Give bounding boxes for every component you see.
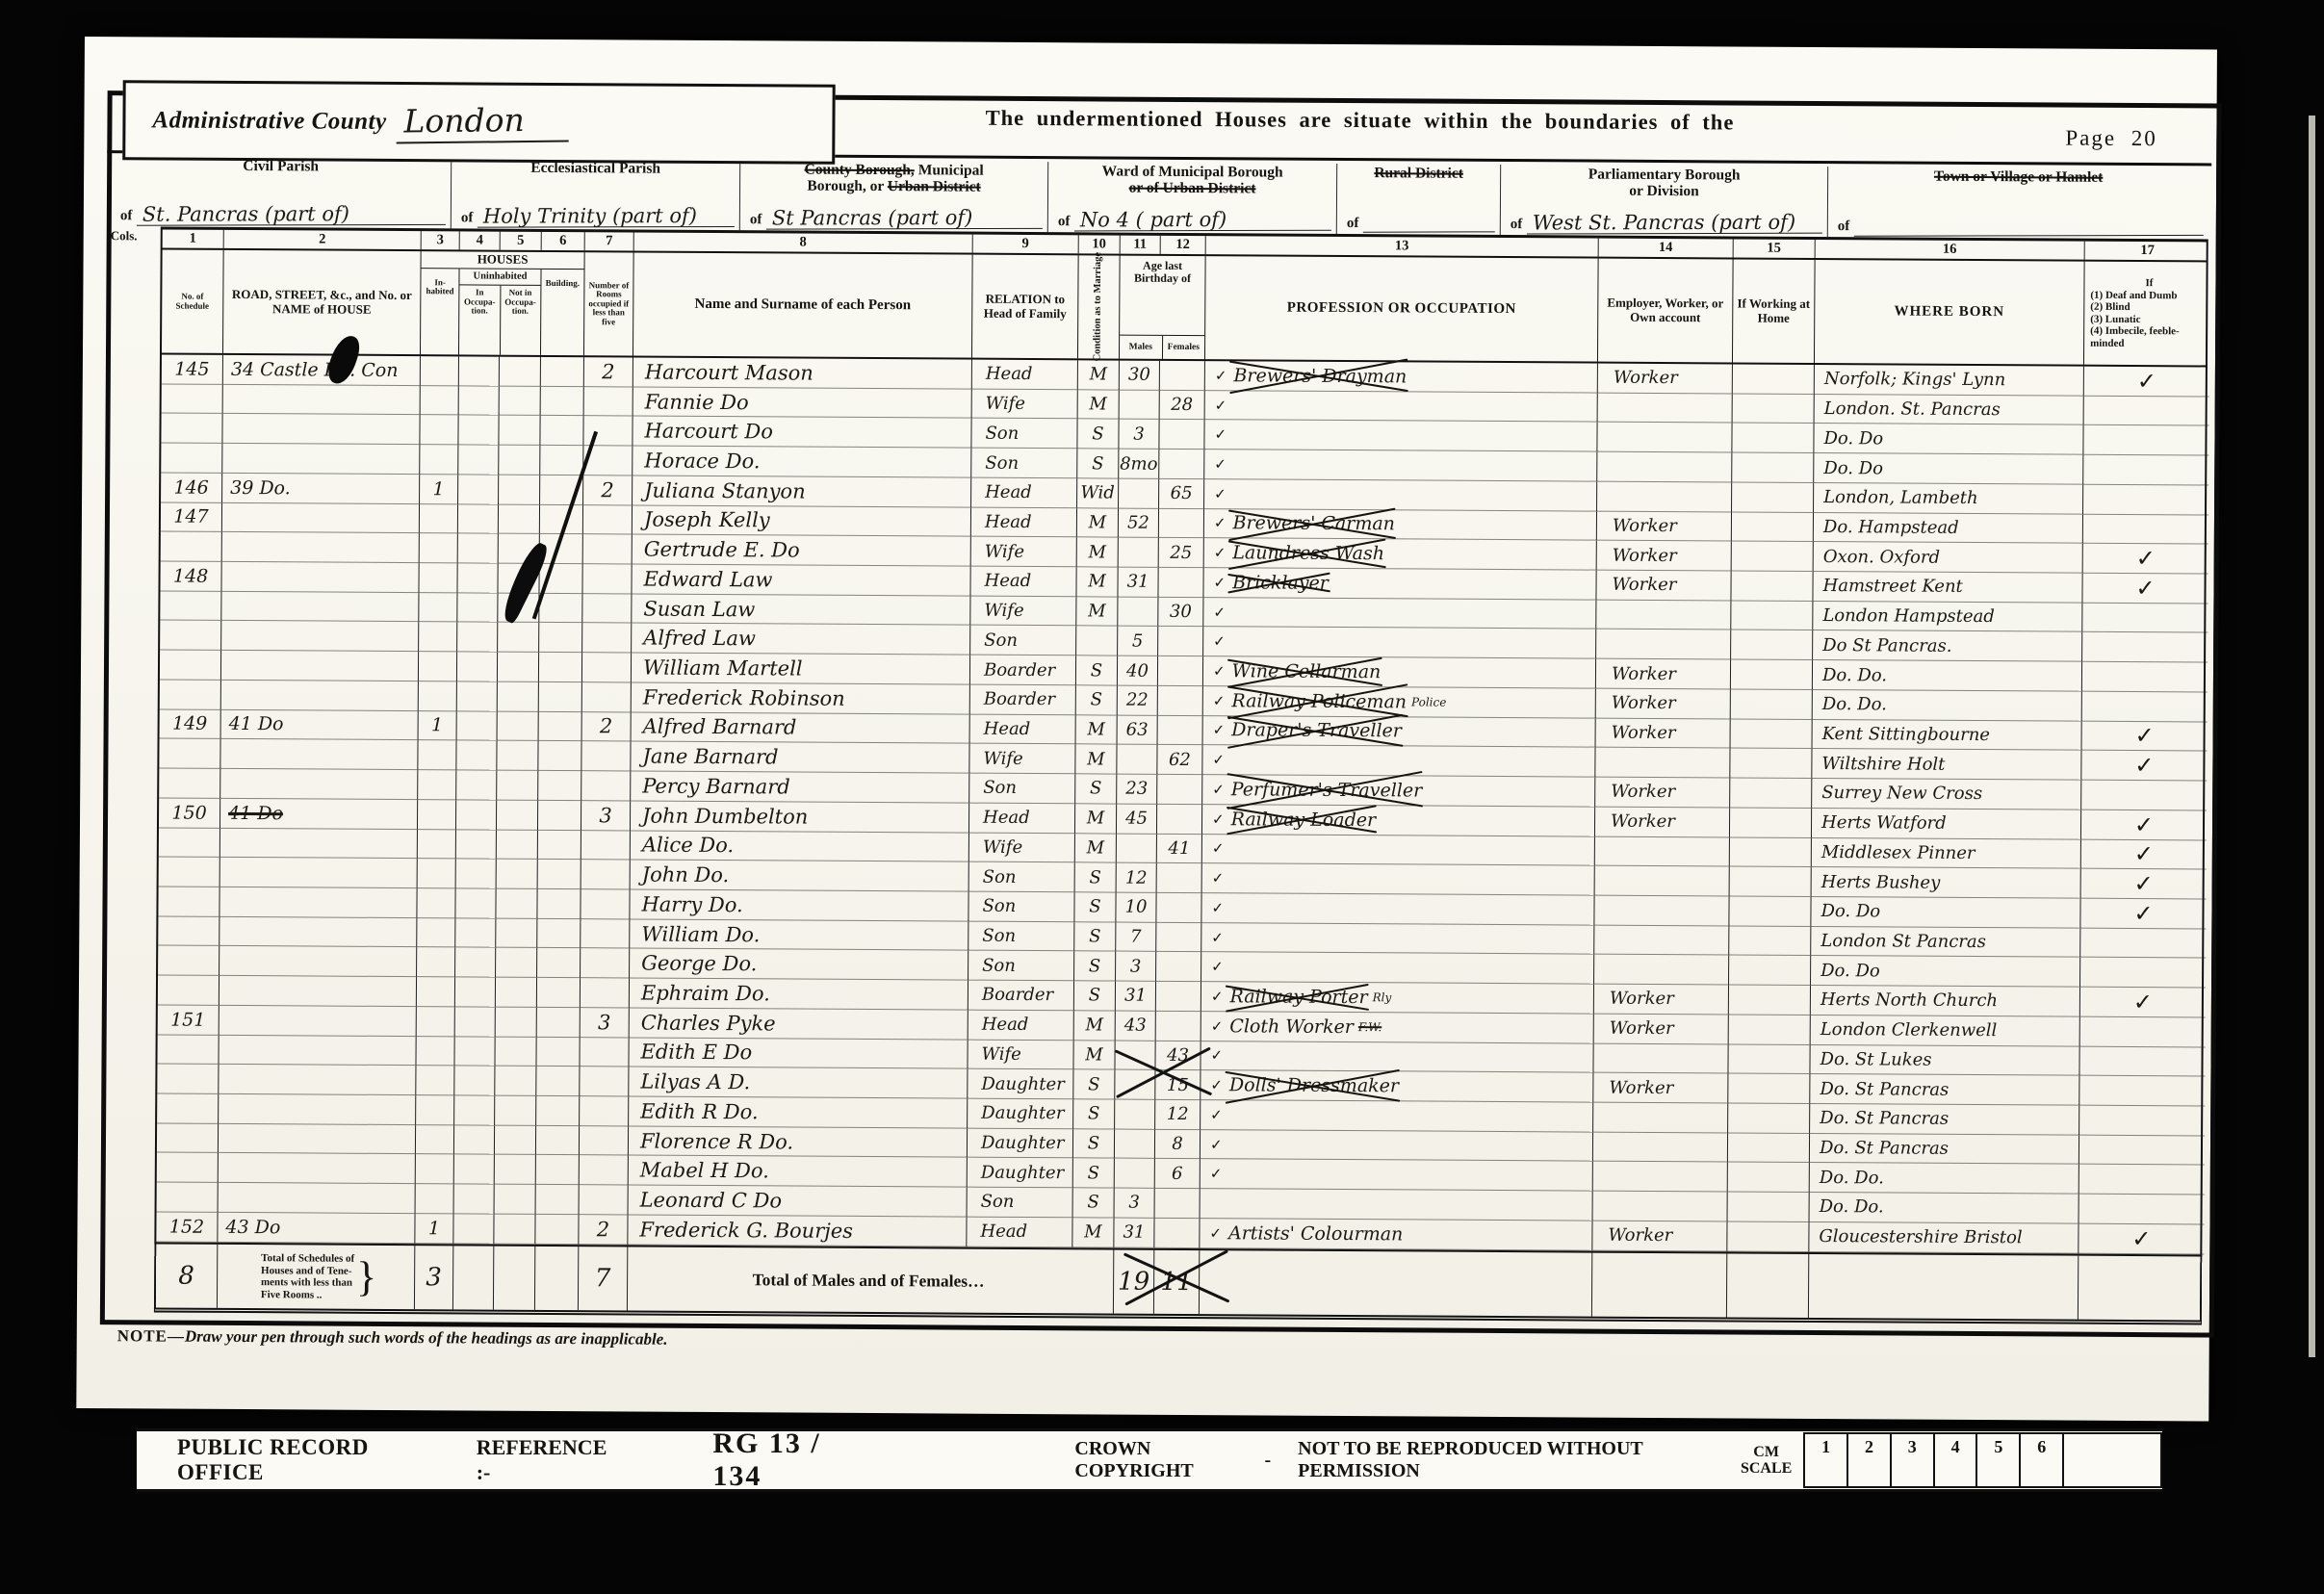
infirmity-checkmark: ✓ <box>2135 575 2155 602</box>
cell-road <box>221 681 419 711</box>
cell-in-occupation <box>458 504 499 534</box>
cell-building <box>539 594 582 624</box>
cell-where-born: Do. Do <box>1814 453 2083 484</box>
cell-where-born: London Clerkenwell <box>1811 1016 2080 1046</box>
cell-rooms <box>582 594 632 624</box>
cell-relation: Wife <box>971 537 1077 567</box>
cell-person-name: Alfred Barnard <box>632 712 970 744</box>
cell-where-born: Do St Pancras. <box>1813 630 2082 661</box>
cell-age-female <box>1158 686 1203 716</box>
cell-building <box>535 1215 579 1245</box>
cell-working-at-home <box>1730 837 1812 867</box>
total-brace: } <box>356 1271 376 1283</box>
cell-where-born: Herts North Church <box>1811 986 2080 1016</box>
column-number: 5 <box>501 232 542 250</box>
cell-condition: S <box>1076 656 1118 685</box>
cell-inhabited <box>417 918 455 948</box>
cell-schedule-number <box>159 858 220 887</box>
infirmity-checkmark: ✓ <box>2131 1225 2151 1252</box>
cell-infirmity: ✓ <box>2081 810 2207 840</box>
cell-inhabited <box>417 1007 455 1037</box>
administrative-county-label: Administrative County <box>152 107 386 135</box>
occupation-note: Police <box>1411 695 1446 708</box>
cell-inhabited <box>419 623 457 653</box>
cell-condition: M <box>1073 1041 1115 1070</box>
cell-working-at-home <box>1731 660 1813 690</box>
cell-condition: S <box>1075 863 1117 893</box>
houses-group-title: HOUSES <box>422 251 584 270</box>
cell-age-male: 22 <box>1118 685 1158 715</box>
cell-infirmity: ✓ <box>2080 899 2206 930</box>
occupation-value: Laundress Wash <box>1232 542 1384 564</box>
cell-road <box>219 917 417 948</box>
infirm-if-word: If <box>2090 277 2208 290</box>
cell-working-at-home <box>1729 986 1811 1016</box>
cell-infirmity <box>2083 425 2208 456</box>
district-label-line: Parliamentary Borough <box>1501 166 1827 184</box>
cell-infirmity <box>2080 958 2206 989</box>
cell-not-in-occupation <box>495 1037 536 1067</box>
col-header-houses-group: HOUSES In-habited Uninhabited In Occupa-… <box>421 251 585 355</box>
cell-age-female: 62 <box>1157 745 1202 775</box>
district-label: Ward of Municipal Boroughor of Urban Dis… <box>1048 162 1336 197</box>
total-label-lines: Total of Schedules ofHouses and of Tene-… <box>261 1252 354 1301</box>
cell-schedule-number: 152 <box>156 1212 218 1242</box>
cell-occupation: ✓ <box>1204 421 1597 452</box>
cell-rooms <box>584 387 633 417</box>
condition-label: Condition as to Marriage <box>1092 252 1106 362</box>
cell-employer-status <box>1596 600 1731 630</box>
totals-row: 8 Total of Schedules ofHouses and of Ten… <box>154 1242 2202 1324</box>
district-1: Ecclesiastical ParishofHoly Trinity (par… <box>452 158 740 230</box>
cell-occupation: ✓ <box>1205 391 1598 423</box>
column-number: 11 <box>1121 236 1161 254</box>
cell-age-female: 65 <box>1159 479 1204 509</box>
total-males-females-label: Total of Males and of Females… <box>628 1247 1114 1313</box>
cell-relation: Son <box>968 892 1074 922</box>
cell-employer-status: Worker <box>1594 1014 1729 1044</box>
district-label-segment: Rural District <box>1374 165 1463 182</box>
checkmark-icon: ✓ <box>1212 751 1225 768</box>
cell-working-at-home <box>1728 1133 1810 1163</box>
cell-schedule-number <box>157 1153 219 1183</box>
cell-occupation: ✓ <box>1203 628 1596 659</box>
cell-age-female <box>1156 893 1201 923</box>
cell-in-occupation <box>457 563 498 593</box>
cell-inhabited <box>416 1155 454 1185</box>
cell-road <box>220 828 418 859</box>
col-header-road: ROAD, STREET, &c., and No. or NAME of HO… <box>223 250 422 354</box>
cell-condition: S <box>1077 449 1119 478</box>
cell-where-born: Herts Bushey <box>1812 867 2081 898</box>
cell-building <box>539 653 582 682</box>
cell-age-female <box>1158 627 1203 656</box>
cell-inhabited <box>420 504 458 534</box>
checkmark-icon: ✓ <box>1214 515 1227 532</box>
cell-where-born: Do. St Pancras <box>1810 1134 2079 1165</box>
occupation-value: Draper's Traveller <box>1231 720 1402 742</box>
cell-person-name: Florence R Do. <box>629 1126 968 1158</box>
cell-person-name: Susan Law <box>632 594 970 626</box>
table-header-row: No. of Schedule ROAD, STREET, &c., and N… <box>160 249 2208 367</box>
inhabited-label: In-habited <box>421 269 458 296</box>
cell-working-at-home <box>1728 1163 1810 1193</box>
cell-not-in-occupation <box>496 918 537 948</box>
cell-condition: M <box>1075 834 1117 863</box>
cell-rooms <box>580 1038 629 1067</box>
cell-infirmity <box>2083 514 2208 545</box>
infirmity-checkmark: ✓ <box>2134 840 2154 867</box>
cell-working-at-home <box>1732 542 1814 572</box>
cell-relation: Wife <box>969 744 1075 774</box>
column-number: 3 <box>422 231 460 249</box>
cell-building <box>540 534 583 564</box>
cell-age-male <box>1115 1159 1155 1189</box>
cell-working-at-home <box>1728 1044 1810 1074</box>
cell-person-name: Ephraim Do. <box>630 979 968 1011</box>
cell-building <box>541 357 584 387</box>
cell-building <box>538 801 581 831</box>
cell-employer-status <box>1593 1103 1728 1134</box>
checkmark-icon: ✓ <box>1211 958 1224 975</box>
cell-age-male <box>1117 745 1157 775</box>
checkmark-icon: ✓ <box>1210 1106 1223 1123</box>
cell-age-male <box>1117 834 1157 863</box>
form-note: NOTE—Draw your pen through such words of… <box>117 1326 668 1349</box>
cell-building <box>537 978 581 1008</box>
cell-occupation: ✓Brewers' Carman <box>1204 509 1597 541</box>
cell-in-occupation <box>455 918 496 948</box>
district-0: Civil ParishofSt. Pancras (part of) <box>111 156 452 228</box>
cell-building <box>541 387 584 417</box>
cell-condition: S <box>1076 685 1118 715</box>
uninhabited-title: Uninhabited <box>460 269 541 286</box>
cell-relation: Wife <box>969 833 1075 862</box>
cell-not-in-occupation <box>500 386 541 416</box>
occupation-value: Dolls' Dressmaker <box>1229 1074 1399 1096</box>
cell-building <box>537 889 581 919</box>
cell-age-male: 45 <box>1117 804 1157 834</box>
cell-where-born: Hamstreet Kent <box>1813 572 2082 603</box>
total-infirm-empty <box>2079 1256 2204 1321</box>
cell-inhabited <box>421 356 459 386</box>
cell-not-in-occupation <box>498 653 539 682</box>
cell-rooms <box>581 978 630 1008</box>
cell-in-occupation <box>455 948 496 978</box>
cell-employer-status <box>1595 866 1730 897</box>
total-label-line: ments with less than <box>261 1276 354 1289</box>
cell-road <box>222 444 420 475</box>
cell-age-male: 5 <box>1118 627 1158 656</box>
cell-employer-status: Worker <box>1596 718 1731 749</box>
cell-infirmity: ✓ <box>2080 988 2206 1018</box>
cell-road <box>220 769 418 800</box>
occupation-value: Wine Cellarman <box>1232 660 1381 682</box>
district-of-word: of <box>1058 214 1071 230</box>
cell-where-born: London St Pancras <box>1811 927 2080 958</box>
cell-inhabited <box>418 859 456 888</box>
road-value: 43 Do <box>225 1217 280 1238</box>
cell-condition: S <box>1074 952 1116 982</box>
cell-relation: Wife <box>970 596 1076 626</box>
cell-occupation: ✓Railway PorterRly <box>1201 982 1594 1014</box>
col-header-name: Name and Surname of each Person <box>633 252 973 357</box>
cell-inhabited <box>419 593 457 623</box>
cell-rooms <box>581 742 631 772</box>
column-number: 13 <box>1206 236 1599 256</box>
district-4: Rural Districtof <box>1337 164 1501 235</box>
district-of-word: of <box>120 208 133 224</box>
cell-road <box>221 592 419 623</box>
cell-condition: S <box>1073 1188 1115 1218</box>
cell-infirmity <box>2079 1195 2205 1225</box>
cell-infirmity <box>2082 632 2208 663</box>
cell-occupation: ✓Cloth WorkerF.W. <box>1201 1012 1594 1043</box>
district-label: Town or Village or Hamlet <box>1828 167 2208 186</box>
cell-inhabited: 1 <box>415 1214 453 1244</box>
cell-relation: Wife <box>972 389 1078 419</box>
cell-where-born: Do. Do <box>1814 424 2083 454</box>
road-value: 34 Castle Rd. Con <box>231 359 399 381</box>
cell-person-name: Joseph Kelly <box>633 505 971 537</box>
cell-rooms <box>581 831 631 861</box>
column-number: 7 <box>585 232 634 250</box>
cell-person-name: Harcourt Mason <box>633 357 972 389</box>
cell-employer-status: Worker <box>1597 541 1732 572</box>
cell-where-born: Do. St Lukes <box>1810 1045 2079 1076</box>
cell-where-born: Herts Watford <box>1812 809 2081 839</box>
column-number: 17 <box>2085 242 2210 261</box>
cell-not-in-occupation <box>494 1214 535 1244</box>
cell-inhabited <box>418 770 456 800</box>
checkmark-icon: ✓ <box>1213 604 1226 621</box>
cell-age-female <box>1159 508 1204 538</box>
cell-in-occupation <box>458 416 499 446</box>
cell-road <box>220 739 418 770</box>
checkmark-icon: ✓ <box>1212 810 1225 828</box>
col-header-employer: Employer, Worker, or Own account <box>1598 259 1734 363</box>
cell-schedule-number <box>160 651 221 681</box>
col-header-in-occupation: In Occupa-tion. <box>459 285 501 354</box>
cm-scale-box: 1 <box>1803 1432 1848 1488</box>
cell-rooms <box>583 505 633 535</box>
footer-office-name: PUBLIC RECORD OFFICE <box>177 1435 409 1485</box>
cell-relation: Son <box>971 449 1077 478</box>
total-born-empty <box>1809 1254 2079 1320</box>
cell-inhabited <box>416 1125 454 1155</box>
district-label-line: or of Urban District <box>1048 179 1336 197</box>
col-header-age-group: Age last Birthday of Males Females <box>1120 256 1206 360</box>
cell-schedule-number: 150 <box>159 798 220 828</box>
district-value: ofSt. Pancras (part of) <box>111 202 451 228</box>
cell-person-name: Horace Do. <box>633 447 971 478</box>
cell-inhabited <box>420 445 458 475</box>
cell-occupation: ✓ <box>1204 450 1597 481</box>
district-label: Parliamentary Boroughor Division <box>1501 165 1827 200</box>
cell-rooms <box>583 446 633 476</box>
cell-condition: M <box>1076 567 1118 597</box>
cell-employer-status: Worker <box>1592 1221 1727 1251</box>
cell-building <box>539 623 582 653</box>
cell-road <box>219 887 417 918</box>
cell-not-in-occupation <box>495 1185 536 1215</box>
checkmark-icon: ✓ <box>1213 633 1226 651</box>
cell-in-occupation <box>454 1095 495 1125</box>
cell-road: 34 Castle Rd. Con <box>223 355 421 386</box>
cell-in-occupation <box>454 1037 495 1067</box>
cell-in-occupation <box>457 681 498 711</box>
cell-occupation: ✓Artists' Colourman <box>1200 1219 1592 1250</box>
cell-schedule-number: 151 <box>158 1005 219 1035</box>
cell-person-name: John Do. <box>631 861 969 892</box>
page-number: Page 20 <box>2065 126 2157 152</box>
cell-road <box>219 1065 416 1095</box>
cell-working-at-home <box>1729 956 1811 986</box>
scan-edge-artifact <box>2309 116 2315 1357</box>
cell-building <box>536 1126 580 1156</box>
cell-relation: Daughter <box>968 1069 1073 1099</box>
cell-building <box>536 1037 580 1067</box>
cell-not-in-occupation <box>498 623 539 653</box>
checkmark-icon: ✓ <box>1214 485 1227 502</box>
cell-infirmity <box>2083 485 2208 516</box>
cell-in-occupation <box>454 1067 495 1096</box>
cell-building <box>536 1185 580 1215</box>
cell-in-occupation <box>456 770 497 800</box>
cell-working-at-home <box>1729 1015 1811 1044</box>
infirmity-checkmark: ✓ <box>2134 752 2154 779</box>
cell-not-in-occupation <box>497 741 538 771</box>
cell-age-female: 12 <box>1155 1100 1201 1130</box>
cell-working-at-home <box>1731 630 1813 660</box>
cell-not-in-occupation <box>495 1067 536 1096</box>
cell-in-occupation <box>459 356 500 386</box>
occupation-value: Railway Policeman <box>1231 690 1407 712</box>
cell-occupation: ✓Laundress Wash <box>1204 538 1597 570</box>
cell-rooms <box>582 682 632 712</box>
cell-age-female <box>1156 982 1201 1012</box>
cell-age-male: 3 <box>1119 420 1159 450</box>
total-schedules-count: 8 <box>156 1244 218 1307</box>
total-in-occupation-empty <box>453 1246 494 1309</box>
cell-occupation: ✓ <box>1201 1041 1593 1073</box>
col-header-males: Males <box>1120 336 1163 359</box>
cell-rooms <box>581 949 630 979</box>
cell-age-male: 52 <box>1119 508 1159 538</box>
cell-inhabited: 1 <box>419 711 457 741</box>
occupation-value: Perfumer's Traveller <box>1231 779 1423 801</box>
note-prefix: NOTE— <box>117 1326 185 1345</box>
checkmark-icon: ✓ <box>1212 840 1225 858</box>
cell-not-in-occupation <box>498 682 539 712</box>
cell-person-name: Frederick G. Bourjes <box>628 1215 967 1247</box>
district-label: County Borough, MunicipalBorough, or Urb… <box>740 160 1047 195</box>
district-label-line: Borough, or Urban District <box>740 177 1047 195</box>
cell-not-in-occupation <box>497 800 538 830</box>
cell-condition: S <box>1073 1159 1115 1189</box>
cell-relation: Son <box>971 419 1077 449</box>
cell-road: 41 Do <box>220 799 418 830</box>
cell-schedule-number <box>160 680 221 709</box>
cell-age-female <box>1158 568 1203 598</box>
cell-person-name: Leonard C Do <box>629 1186 968 1218</box>
cell-not-in-occupation <box>499 446 540 476</box>
district-label-segment: Municipal <box>915 162 984 178</box>
cell-inhabited <box>418 800 456 830</box>
infirm-line: (3) Lunatic <box>2090 313 2140 325</box>
cell-inhabited <box>419 681 457 711</box>
cm-scale-boxes: 123456 <box>1805 1432 2162 1488</box>
cell-employer-status <box>1593 1192 1728 1222</box>
checkmark-icon: ✓ <box>1210 1165 1223 1182</box>
total-label-line: Five Rooms .. <box>261 1289 354 1301</box>
cell-relation: Son <box>970 626 1076 656</box>
col-header-building: Building. <box>541 269 584 355</box>
cell-age-female: 25 <box>1159 538 1204 568</box>
cell-relation: Son <box>969 862 1075 892</box>
cell-condition: M <box>1076 715 1118 745</box>
cell-occupation: ✓ <box>1202 745 1595 777</box>
cell-condition: M <box>1075 804 1117 834</box>
cell-building <box>540 446 583 476</box>
occupation-value: Artists' Colourman <box>1228 1222 1403 1245</box>
checkmark-icon: ✓ <box>1211 899 1224 916</box>
cell-age-male: 23 <box>1117 775 1157 805</box>
cm-scale-label: CM SCALE <box>1741 1444 1792 1477</box>
cell-building <box>538 771 581 801</box>
cell-occupation: ✓ <box>1202 835 1595 866</box>
column-number: 8 <box>634 232 973 252</box>
cell-age-male <box>1120 390 1160 420</box>
cell-road <box>223 385 421 416</box>
cell-age-male: 8mo <box>1119 450 1159 479</box>
cell-condition: S <box>1074 892 1116 922</box>
total-schedules-label: Total of Schedules ofHouses and of Tene-… <box>218 1245 415 1309</box>
cell-working-at-home <box>1730 867 1812 897</box>
column-number: 1 <box>163 229 224 247</box>
cell-schedule-number <box>157 1093 219 1123</box>
cell-condition: S <box>1073 1129 1115 1159</box>
district-handwritten-value: St Pancras (part of) <box>765 207 1042 230</box>
cell-where-born: London Hampstead <box>1813 602 2082 632</box>
cell-infirmity <box>2081 781 2207 811</box>
district-6: Town or Village or Hamletof <box>1828 167 2208 239</box>
cell-employer-status <box>1593 1043 1728 1074</box>
road-value: 39 Do. <box>230 477 291 499</box>
cell-infirmity: ✓ <box>2079 1224 2204 1255</box>
cell-relation: Boarder <box>970 656 1076 685</box>
cell-road <box>219 1006 417 1037</box>
cell-infirmity <box>2079 1135 2205 1166</box>
cell-schedule-number <box>159 739 220 769</box>
cell-in-occupation <box>456 800 497 830</box>
cell-employer-status <box>1597 481 1732 512</box>
cell-infirmity <box>2079 1165 2205 1195</box>
cell-road <box>219 1183 416 1214</box>
cell-rooms <box>581 889 630 919</box>
cell-occupation: ✓ <box>1203 598 1596 630</box>
cell-not-in-occupation <box>496 948 537 978</box>
cell-road <box>219 1094 416 1125</box>
checkmark-icon: ✓ <box>1214 574 1227 591</box>
total-not-in-occupation-empty <box>494 1247 535 1310</box>
cell-working-at-home <box>1731 689 1813 719</box>
cell-condition: M <box>1077 508 1119 538</box>
cell-schedule-number <box>157 1123 219 1153</box>
infirmity-checkmark: ✓ <box>2136 545 2156 572</box>
infirm-line: (4) Imbecile, feeble- <box>2090 325 2180 338</box>
cell-road: 43 Do <box>218 1213 415 1244</box>
